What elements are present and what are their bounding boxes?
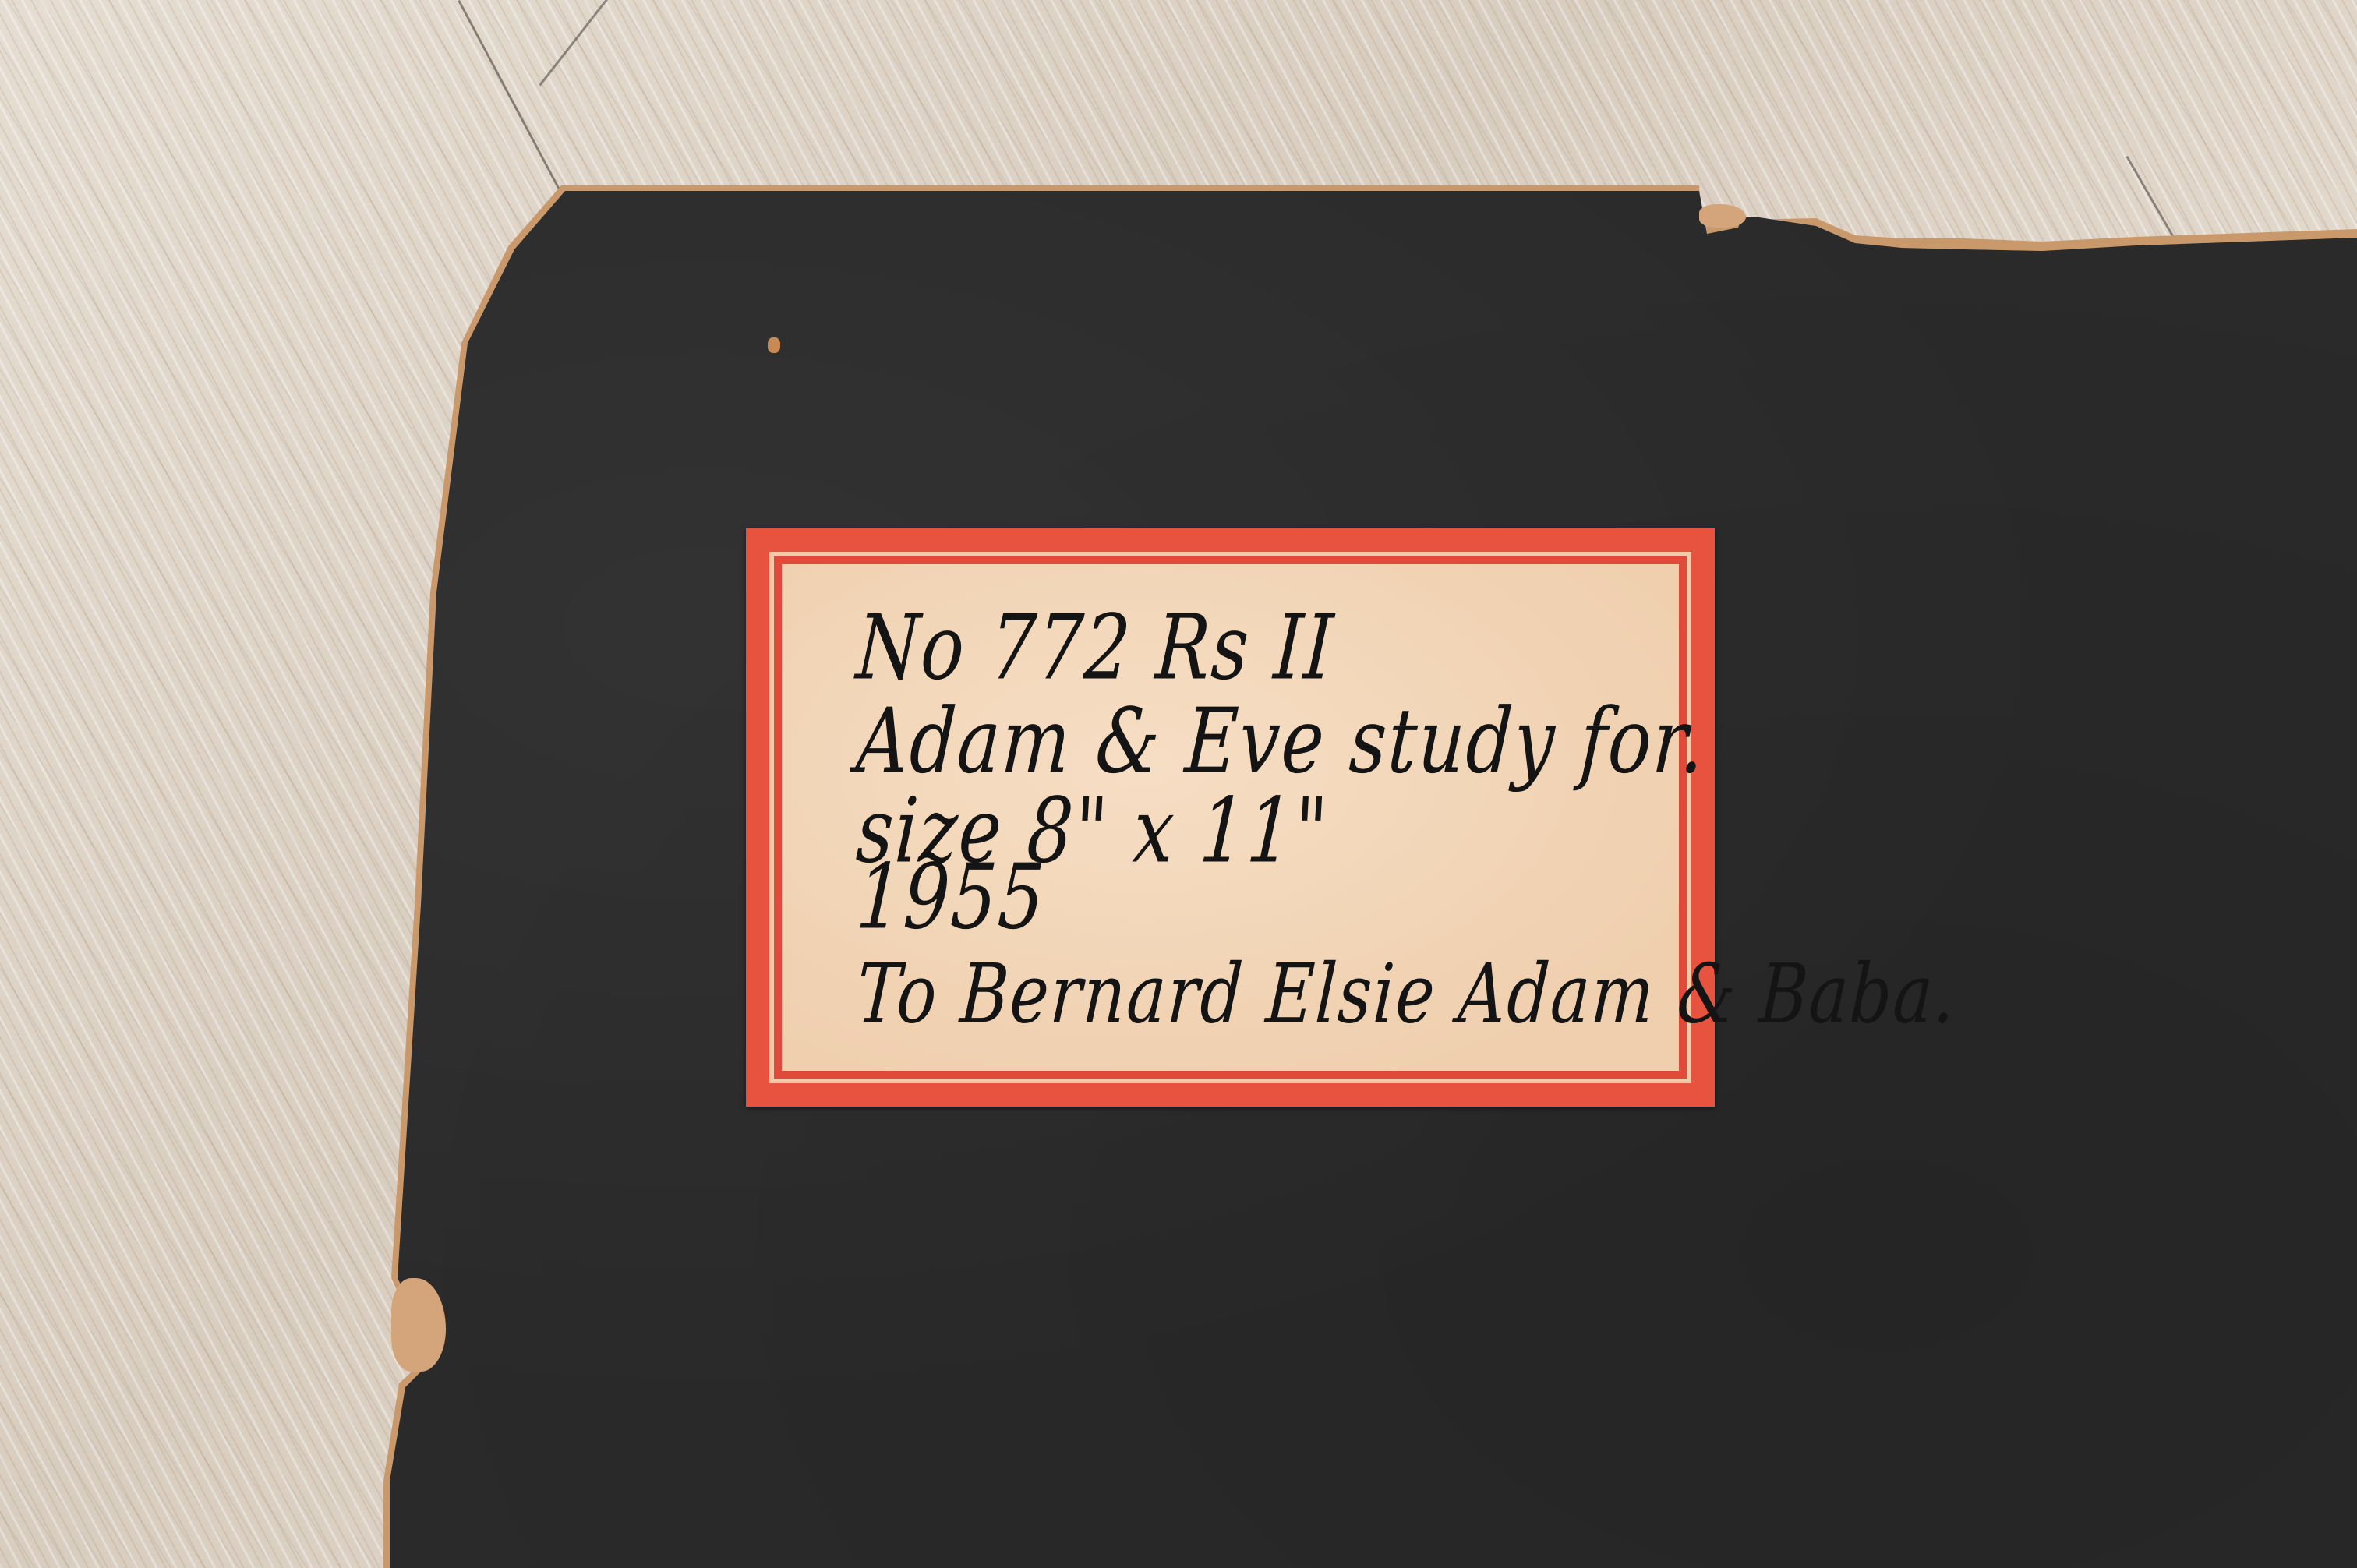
label-border: No 772 Rs II Adam & Eve study for. size … bbox=[769, 552, 1691, 1083]
handwritten-label: No 772 Rs II Adam & Eve study for. size … bbox=[746, 528, 1715, 1107]
label-paper: No 772 Rs II Adam & Eve study for. size … bbox=[782, 564, 1679, 1071]
label-line-catalog-number: No 772 Rs II bbox=[854, 595, 1338, 700]
label-line-title: Adam & Eve study for. bbox=[854, 689, 1709, 793]
label-line-year: 1955 bbox=[854, 845, 1049, 949]
paper-tear bbox=[1699, 204, 1746, 228]
pin-hole bbox=[768, 337, 780, 353]
label-line-dedication: To Bernard Elsie Adam & Baba. bbox=[854, 946, 1959, 1042]
